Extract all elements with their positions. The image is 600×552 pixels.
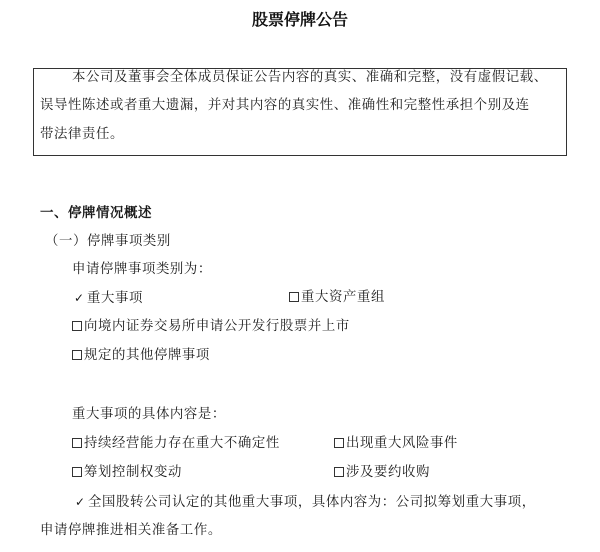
notice-line-2: 误导性陈述或者重大遗漏，并对其内容的真实性、准确性和完整性承担个别及连 [40,97,530,115]
empty-checkbox-icon [289,292,299,302]
option-major-event: ✓重大事项 [74,289,143,308]
document-title: 股票停牌公告 [0,9,600,31]
detail-major-risk: 出现重大风险事件 [334,435,458,453]
empty-checkbox-icon [334,438,344,448]
option-label: 向境内证券交易所申请公开发行股票并上市 [84,319,350,334]
option-label: 规定的其他停牌事项 [84,348,210,363]
empty-checkbox-icon [72,321,82,331]
notice-line-3: 带法律责任。 [40,126,124,144]
option-label: 持续经营能力存在重大不确定性 [84,436,280,451]
details-prompt: 重大事项的具体内容是： [72,406,226,424]
detail-control-change: 筹划控制权变动 [72,464,182,482]
option-other-suspension: 规定的其他停牌事项 [72,347,210,365]
checkmark-icon: ✓ [74,289,87,307]
category-prompt: 申请停牌事项类别为： [72,261,212,279]
section-heading: 一、停牌情况概述 [40,204,152,222]
detail-other-line-2: 申请停牌推进相关准备工作。 [40,522,222,540]
option-label: 全国股转公司认定的其他重大事项，具体内容为：公司拟筹划重大事项， [88,495,536,510]
option-ipo-listing: 向境内证券交易所申请公开发行股票并上市 [72,318,350,336]
option-label: 重大资产重组 [301,290,385,305]
option-label: 出现重大风险事件 [346,436,458,451]
option-asset-restructuring: 重大资产重组 [289,289,385,307]
empty-checkbox-icon [334,467,344,477]
detail-tender-offer: 涉及要约收购 [334,464,430,482]
checkmark-icon: ✓ [75,493,88,511]
empty-checkbox-icon [72,467,82,477]
detail-going-concern: 持续经营能力存在重大不确定性 [72,435,280,453]
subsection-heading: （一）停牌事项类别 [45,233,171,251]
notice-line-1: 本公司及董事会全体成员保证公告内容的真实、准确和完整，没有虚假记载、 [72,69,548,87]
empty-checkbox-icon [72,350,82,360]
detail-other-line-1: ✓全国股转公司认定的其他重大事项，具体内容为：公司拟筹划重大事项， [75,493,536,512]
option-label: 筹划控制权变动 [84,465,182,480]
option-label: 涉及要约收购 [346,465,430,480]
empty-checkbox-icon [72,438,82,448]
option-label: 重大事项 [87,291,143,306]
